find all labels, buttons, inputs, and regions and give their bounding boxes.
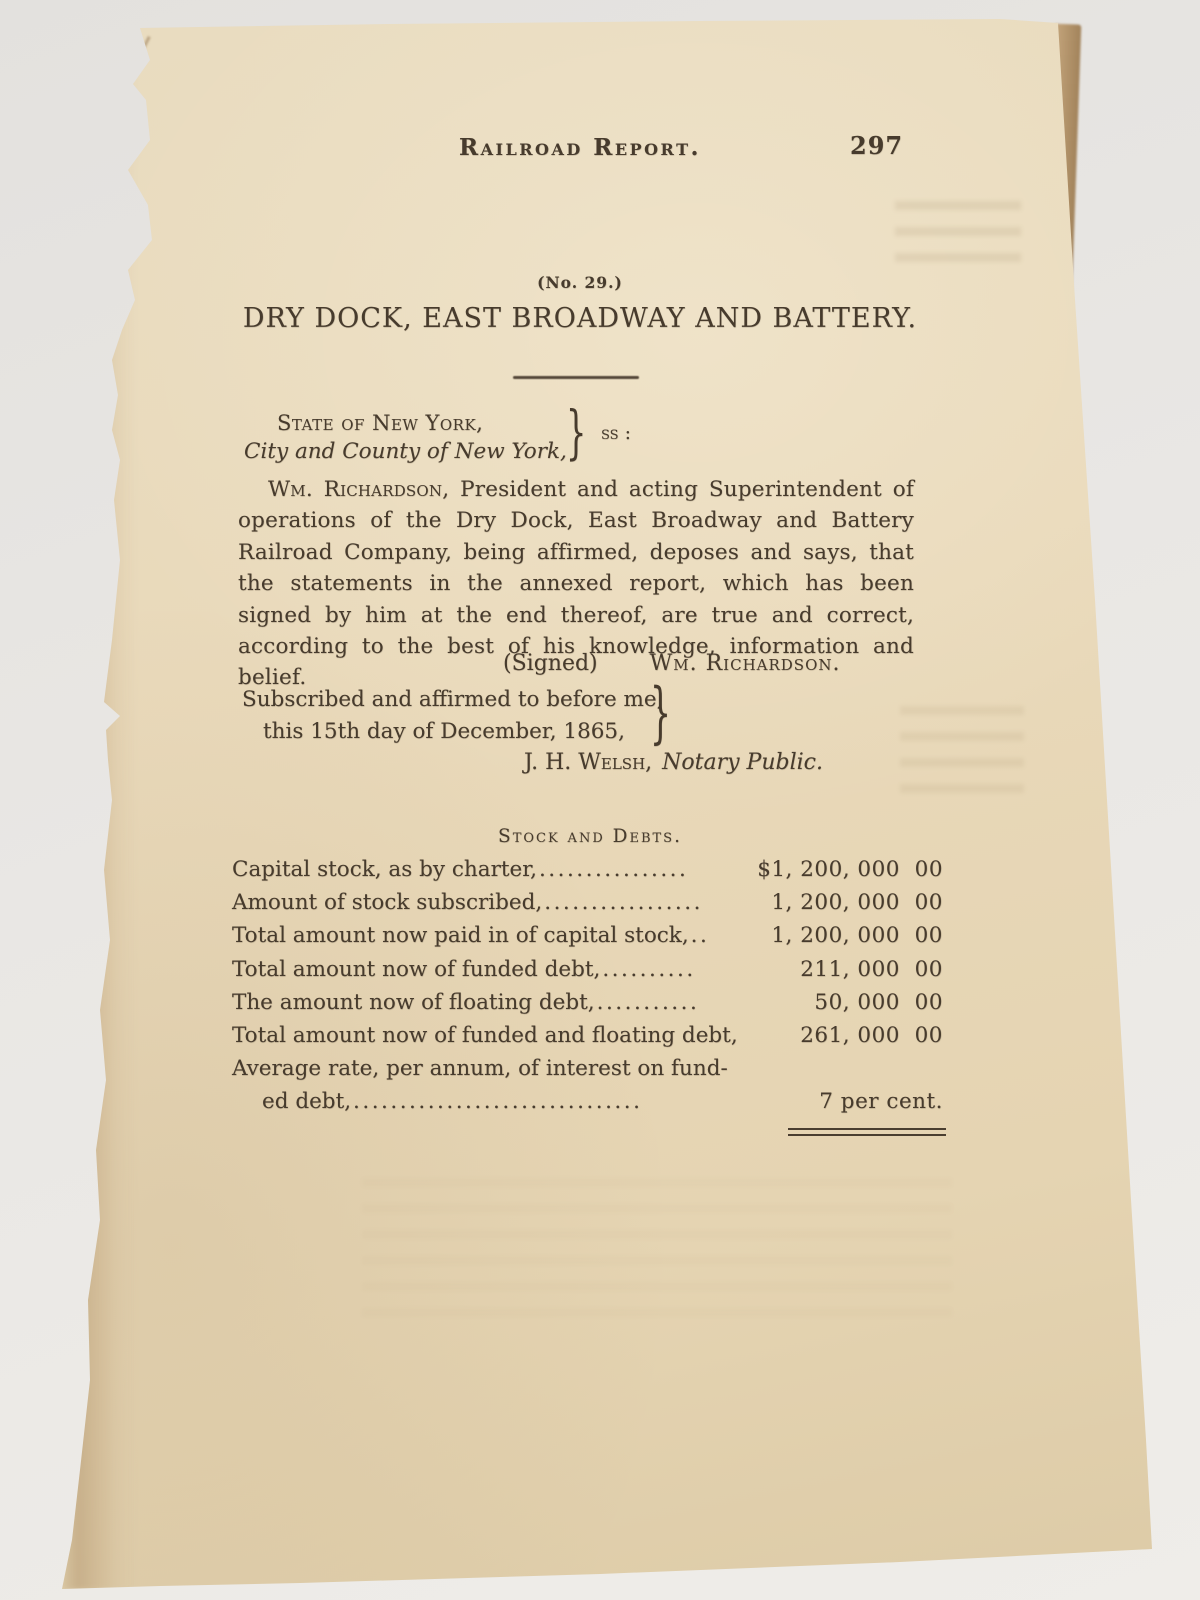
row-amount: 1, 200, 000 00 <box>771 890 943 915</box>
table-row: Amount of stock subscribed,.............… <box>232 890 943 923</box>
row-label: Total amount now of funded and floating … <box>232 1023 738 1048</box>
table-row: ed debt,...............................7… <box>232 1089 943 1122</box>
notary-name: J. H. Welsh, <box>524 750 652 775</box>
table-row: Average rate, per annum, of interest on … <box>232 1056 943 1089</box>
notary-line: J. H. Welsh, Notary Public. <box>524 750 823 775</box>
row-amount: 261, 000 00 <box>800 1023 943 1048</box>
signed-label: (Signed) <box>503 651 598 676</box>
printed-content: Railroad Report. 297 (No. 29.) DRY DOCK,… <box>0 0 1200 1600</box>
table-row: Capital stock, as by charter,...........… <box>232 857 943 890</box>
leader-dots: .......... <box>602 957 695 982</box>
row-label: Amount of stock subscribed, <box>232 890 542 915</box>
leader-dots: .. <box>691 923 710 948</box>
document-title: DRY DOCK, EAST BROADWAY AND BATTERY. <box>180 303 980 334</box>
row-amount: $1, 200, 000 00 <box>757 857 943 882</box>
row-label: The amount now of floating debt, <box>232 990 595 1015</box>
jurat-county-line: City and County of New York, <box>244 439 567 464</box>
row-label: Average rate, per annum, of interest on … <box>232 1056 728 1081</box>
row-amount: 1, 200, 000 00 <box>771 923 943 948</box>
row-label: Capital stock, as by charter, <box>232 857 537 882</box>
deponent-name: Wm. Richardson, <box>268 477 449 502</box>
table-closing-rule <box>788 1128 946 1136</box>
attestation-line2: this 15th day of December, 1865, <box>263 719 625 744</box>
signed-line: (Signed) Wm. Richardson. <box>503 651 841 676</box>
leader-dots: ............................... <box>353 1089 642 1114</box>
leader-dots: ........... <box>597 990 700 1015</box>
table-row: Total amount now paid in of capital stoc… <box>232 923 943 956</box>
leader-dots: ................ <box>539 857 688 882</box>
row-amount: 7 per cent. <box>819 1089 943 1114</box>
row-label: Total amount now paid in of capital stoc… <box>232 923 689 948</box>
row-label: ed debt, <box>232 1089 351 1114</box>
attestation-brace: } <box>650 680 671 746</box>
section-heading: Stock and Debts. <box>430 826 750 847</box>
notary-title: Notary Public. <box>662 750 823 775</box>
page-number: 297 <box>850 131 903 160</box>
row-label: Total amount now of funded debt, <box>232 957 600 982</box>
jurat-ss-label: ss : <box>601 422 631 444</box>
attestation-line1: Subscribed and affirmed to before me, <box>242 687 663 712</box>
table-row: The amount now of floating debt,........… <box>232 990 943 1023</box>
row-amount: 50, 000 00 <box>814 990 943 1015</box>
jurat-state-line: State of New York, <box>277 411 483 435</box>
scanned-document-photo: Railroad Report. 297 (No. 29.) DRY DOCK,… <box>0 0 1200 1600</box>
signature-name: Wm. Richardson. <box>650 651 841 676</box>
row-amount: 211, 000 00 <box>800 957 943 982</box>
running-title: Railroad Report. <box>340 134 820 161</box>
title-divider-rule <box>513 376 639 379</box>
stock-table: Capital stock, as by charter,...........… <box>232 857 943 1123</box>
table-row: Total amount now of funded and floating … <box>232 1023 943 1056</box>
table-row: Total amount now of funded debt,........… <box>232 957 943 990</box>
jurat-brace: } <box>566 403 586 461</box>
leader-dots: ................. <box>544 890 703 915</box>
report-number: (No. 29.) <box>430 273 730 292</box>
